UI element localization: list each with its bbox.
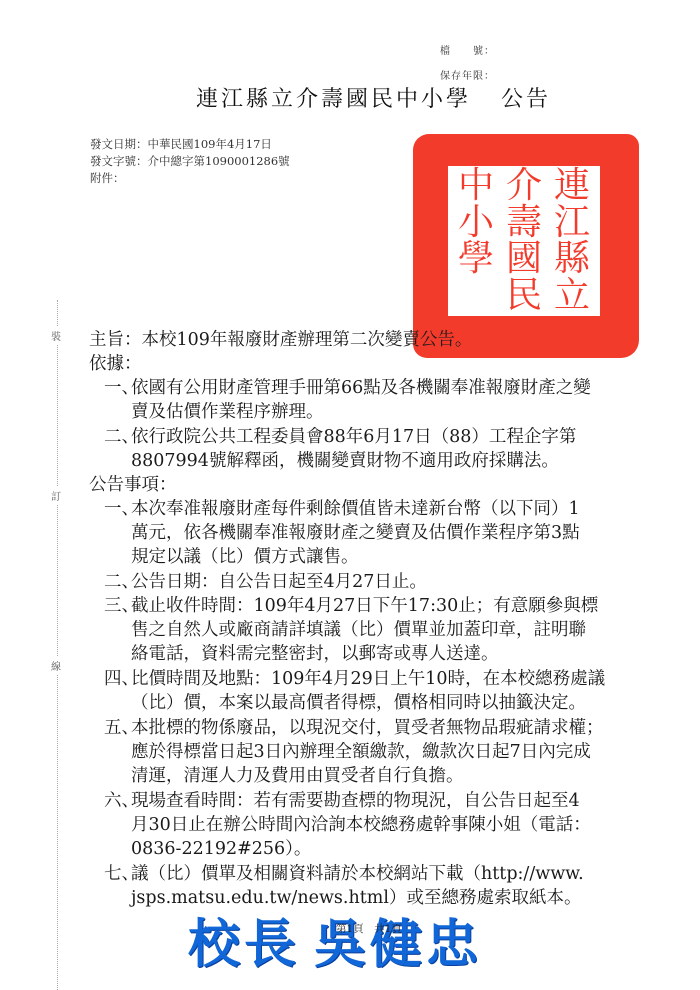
notice-item-2-line: 公告日期：自公告日起至4月27日止。 bbox=[131, 570, 427, 595]
basis-item-1-line: 賣及估價作業程序辦理。 bbox=[131, 400, 324, 425]
basis-item-1-line: 依國有公用財產管理手冊第66點及各機關奉准報廢財產之變 bbox=[131, 376, 591, 401]
basis-item-2-line: 8807994號解釋函，機關變賣財物不適用政府採購法。 bbox=[131, 449, 559, 474]
notice-item-6-line: 現場查看時間：若有需要勘查標的物現況，自公告日起至4 bbox=[131, 789, 580, 814]
notice-item-3-line: 售之自然人或廠商請詳填議（比）價單並加蓋印章，註明聯 bbox=[131, 618, 586, 643]
notice-item-4-line: （比）價，本案以最高價者得標，價格相同時以抽籤決定。 bbox=[131, 691, 586, 716]
notice-item-1-line: 本次奉准報廢財產每件剩餘價值皆未達新台幣（以下同）1 bbox=[131, 497, 580, 522]
page-indicator: 第1頁 共1頁 bbox=[336, 921, 402, 936]
notice-item-6-line: 0836-22192#256）。 bbox=[131, 837, 311, 862]
document-type: 公告 bbox=[501, 87, 551, 112]
binding-mark-xian: 線 bbox=[51, 656, 61, 675]
seal-char: 壽 bbox=[506, 205, 542, 241]
notice-item-3-line: 絡電話，資料需完整密封，以郵寄或專人送達。 bbox=[131, 642, 499, 667]
seal-char: 民 bbox=[506, 278, 542, 314]
binding-line bbox=[57, 300, 58, 990]
basis-item-2-line: 依行政院公共工程委員會88年6月17日（88）工程企字第 bbox=[131, 425, 576, 450]
issue-date: 發文日期：中華民國109年4月17日 bbox=[90, 136, 272, 152]
seal-column-2: 介 壽 國 民 bbox=[506, 168, 542, 314]
seal-char: 連 bbox=[554, 168, 590, 204]
notice-item-1-line: 萬元，依各機關奉准報廢財產之變賣及估價作業程序第3點 bbox=[131, 521, 580, 546]
notice-item-5-line: 應於得標當日起3日內辦理全額繳款，繳款次日起7日內完成 bbox=[131, 740, 591, 765]
notice-item-4-line: 比價時間及地點：109年4月29日上午10時，在本校總務處議 bbox=[131, 667, 605, 692]
seal-char: 江 bbox=[554, 205, 590, 241]
notice-heading: 公告事項： bbox=[89, 473, 177, 498]
seal-char: 小 bbox=[458, 205, 494, 241]
notice-item-5-line: 本批標的物係廢品，以現況交付，買受者無物品瑕疵請求權； bbox=[131, 716, 604, 741]
seal-char: 學 bbox=[458, 241, 494, 277]
seal-char: 立 bbox=[554, 278, 590, 314]
signature-title: 校長 bbox=[188, 914, 300, 975]
seal-char bbox=[458, 278, 494, 314]
notice-item-1-line: 規定以議（比）價方式讓售。 bbox=[131, 545, 359, 570]
principal-signature: 校長吳健忠 bbox=[188, 902, 482, 977]
attachment-label: 附件： bbox=[90, 170, 125, 186]
official-seal: 連 江 縣 立 介 壽 國 民 中 小 學 bbox=[413, 134, 639, 358]
basis-heading: 依據： bbox=[89, 352, 142, 377]
binding-mark-ding: 訂 bbox=[51, 486, 61, 505]
notice-item-3-line: 截止收件時間：109年4月27日下午17:30止；有意願參與標 bbox=[131, 594, 598, 619]
seal-char: 介 bbox=[506, 168, 542, 204]
file-number-label: 檔 號： bbox=[440, 42, 495, 57]
document-title: 連江縣立介壽國民中小學公告 bbox=[196, 82, 551, 113]
notice-item-7-line: 議（比）價單及相關資料請於本校網站下載（http://www. bbox=[131, 862, 584, 887]
organization-name: 連江縣立介壽國民中小學 bbox=[196, 87, 471, 112]
notice-item-5-line: 清運，清運人力及費用由買受者自行負擔。 bbox=[131, 764, 464, 789]
seal-char: 縣 bbox=[554, 241, 590, 277]
seal-char: 國 bbox=[506, 241, 542, 277]
binding-mark-zhuang: 裝 bbox=[51, 326, 61, 345]
subject-line: 主旨：本校109年報廢財產辦理第二次變賣公告。 bbox=[89, 328, 472, 353]
seal-face: 連 江 縣 立 介 壽 國 民 中 小 學 bbox=[448, 166, 600, 316]
seal-char: 中 bbox=[458, 168, 494, 204]
notice-item-6-line: 月30日止在辦公時間內洽詢本校總務處幹事陳小姐（電話： bbox=[131, 813, 591, 838]
retention-period-label: 保存年限： bbox=[440, 67, 495, 82]
seal-column-1: 連 江 縣 立 bbox=[554, 168, 590, 314]
seal-column-3: 中 小 學 bbox=[458, 168, 494, 314]
issue-number: 發文字號：介中總字第1090001286號 bbox=[90, 153, 290, 169]
